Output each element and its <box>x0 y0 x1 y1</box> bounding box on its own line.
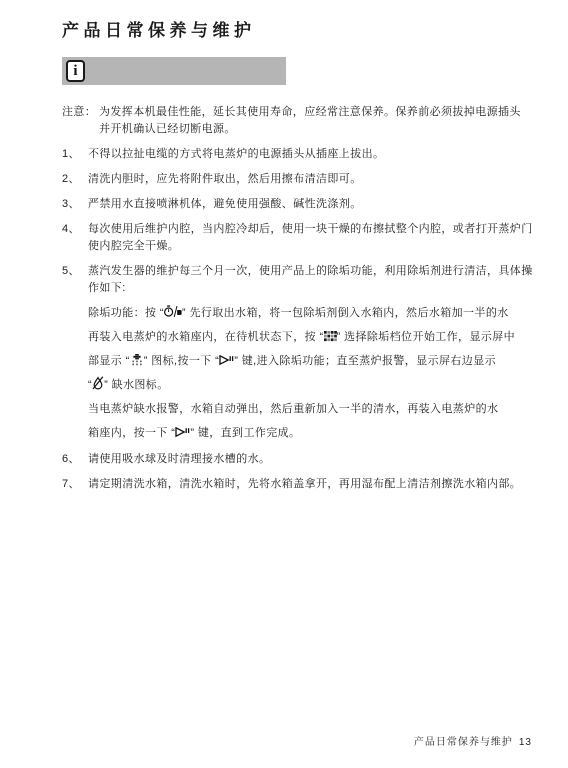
item-text: 清洗内胆时，应先将附件取出，然后用擦布清洁即可。 <box>88 171 536 188</box>
notice-line1: 为发挥本机最佳性能，延长其使用寿命，应经常注意保养。保养前必须拔掉电源插头 <box>99 104 536 121</box>
start-pause-button-icon <box>175 427 190 438</box>
item-text-line2: 使内腔完全干燥。 <box>88 238 536 255</box>
item-text-line2: 作如下: <box>88 280 536 297</box>
list-item-5: 5、 蒸汽发生器的维护每三个月一次，使用产品上的除垢功能，利用除垢剂进行清洁，具… <box>62 263 536 297</box>
descale-line-4: “ ” 缺水图标。 <box>88 373 536 397</box>
descale-text: ” 键,进入除垢功能；直至蒸炉报警，显示屏右边显示 <box>234 355 496 367</box>
list-item-1: 1、 不得以拉扯电缆的方式将电蒸炉的电源插头从插座上拔出。 <box>62 146 536 163</box>
notice-label: 注意： <box>62 104 99 138</box>
descale-text: ” 缺水图标。 <box>104 379 169 391</box>
descale-text: ” 选择除垢档位开始工作，显示屏中 <box>337 331 516 343</box>
descale-text: 部显示 “ <box>88 355 130 367</box>
descale-text: ” 先行取出水箱，将一包除垢剂倒入水箱内，然后水箱加一半的水 <box>182 307 509 319</box>
manual-page: 产品日常保养与维护 i 注意： 为发挥本机最佳性能，延长其使用寿命，应经常注意保… <box>0 0 568 768</box>
descale-line-5: 当电蒸炉缺水报警，水箱自动弹出，然后重新加入一半的清水，再装入电蒸炉的水 <box>88 397 536 421</box>
item-number: 3、 <box>62 196 88 213</box>
descale-text: ” 键，直到工作完成。 <box>190 427 300 439</box>
item-text: 严禁用水直接喷淋机体，避免使用强酸、碱性洗涤剂。 <box>88 196 536 213</box>
descale-line-3: 部显示 “ ” 图标,按一下 “ ” 键,进入除垢功能；直至蒸炉报警，显示屏右边… <box>88 349 536 373</box>
list-item-3: 3、 严禁用水直接喷淋机体，避免使用强酸、碱性洗涤剂。 <box>62 196 536 213</box>
page-title: 产品日常保养与维护 <box>62 16 256 41</box>
item-number: 7、 <box>62 476 88 493</box>
item-number: 4、 <box>62 221 88 255</box>
info-icon: i <box>66 60 85 82</box>
descale-line-1: 除垢功能：按 “ ” 先行取出水箱，将一包除垢剂倒入水箱内，然后水箱加一半的水 <box>88 301 536 325</box>
start-pause-button-icon <box>219 355 234 366</box>
descale-text: ” 图标,按一下 “ <box>144 355 220 367</box>
notice-paragraph: 注意： 为发挥本机最佳性能，延长其使用寿命，应经常注意保养。保养前必须拔掉电源插… <box>62 104 536 138</box>
descale-line-2: 再装入电蒸炉的水箱座内，在待机状态下，按 “ ” 选择除垢档位开始工作，显示屏中 <box>88 325 536 349</box>
item-number: 2、 <box>62 171 88 188</box>
list-item-6: 6、 请使用吸水球及时清理接水槽的水。 <box>62 451 536 468</box>
descale-instructions: 除垢功能：按 “ ” 先行取出水箱，将一包除垢剂倒入水箱内，然后水箱加一半的水 … <box>88 301 536 445</box>
descale-text: 除垢功能：按 “ <box>88 307 164 319</box>
descale-text: 当电蒸炉缺水报警，水箱自动弹出，然后重新加入一半的清水，再装入电蒸炉的水 <box>88 403 498 415</box>
item-number: 1、 <box>62 146 88 163</box>
list-item-4: 4、 每次使用后维护内腔，当内腔冷却后，使用一块干燥的布擦拭整个内腔，或者打开蒸… <box>62 221 536 255</box>
page-footer: 产品日常保养与维护13 <box>414 733 532 748</box>
item-text: 请使用吸水球及时清理接水槽的水。 <box>88 451 536 468</box>
body-text: 注意： 为发挥本机最佳性能，延长其使用寿命，应经常注意保养。保养前必须拔掉电源插… <box>62 104 536 501</box>
item-text-line1: 每次使用后维护内腔，当内腔冷却后，使用一块干燥的布擦拭整个内腔，或者打开蒸炉门 <box>88 221 536 238</box>
item-number: 5、 <box>62 263 88 297</box>
item-number: 6、 <box>62 451 88 468</box>
gear-select-grid-icon <box>324 331 337 342</box>
water-empty-icon <box>92 376 104 390</box>
timer-power-button-icon <box>164 305 182 318</box>
descale-indicator-icon <box>130 354 144 366</box>
descale-text: 再装入电蒸炉的水箱座内，在待机状态下，按 “ <box>88 331 324 343</box>
notice-line2: 并开机确认已经切断电源。 <box>99 121 536 138</box>
info-banner: i <box>62 57 286 85</box>
footer-title: 产品日常保养与维护 <box>414 737 513 748</box>
list-item-7: 7、 请定期清洗水箱，清洗水箱时，先将水箱盖拿开，再用湿布配上清洁剂擦洗水箱内部… <box>62 476 536 493</box>
page-number: 13 <box>519 737 532 748</box>
list-item-2: 2、 清洗内胆时，应先将附件取出，然后用擦布清洁即可。 <box>62 171 536 188</box>
item-text: 请定期清洗水箱，清洗水箱时，先将水箱盖拿开，再用湿布配上清洁剂擦洗水箱内部。 <box>88 476 536 493</box>
item-text-line1: 蒸汽发生器的维护每三个月一次，使用产品上的除垢功能，利用除垢剂进行清洁，具体操 <box>88 263 536 280</box>
descale-text: 箱座内，按一下 “ <box>88 427 175 439</box>
item-text: 不得以拉扯电缆的方式将电蒸炉的电源插头从插座上拔出。 <box>88 146 536 163</box>
descale-line-6: 箱座内，按一下 “ ” 键，直到工作完成。 <box>88 421 536 445</box>
